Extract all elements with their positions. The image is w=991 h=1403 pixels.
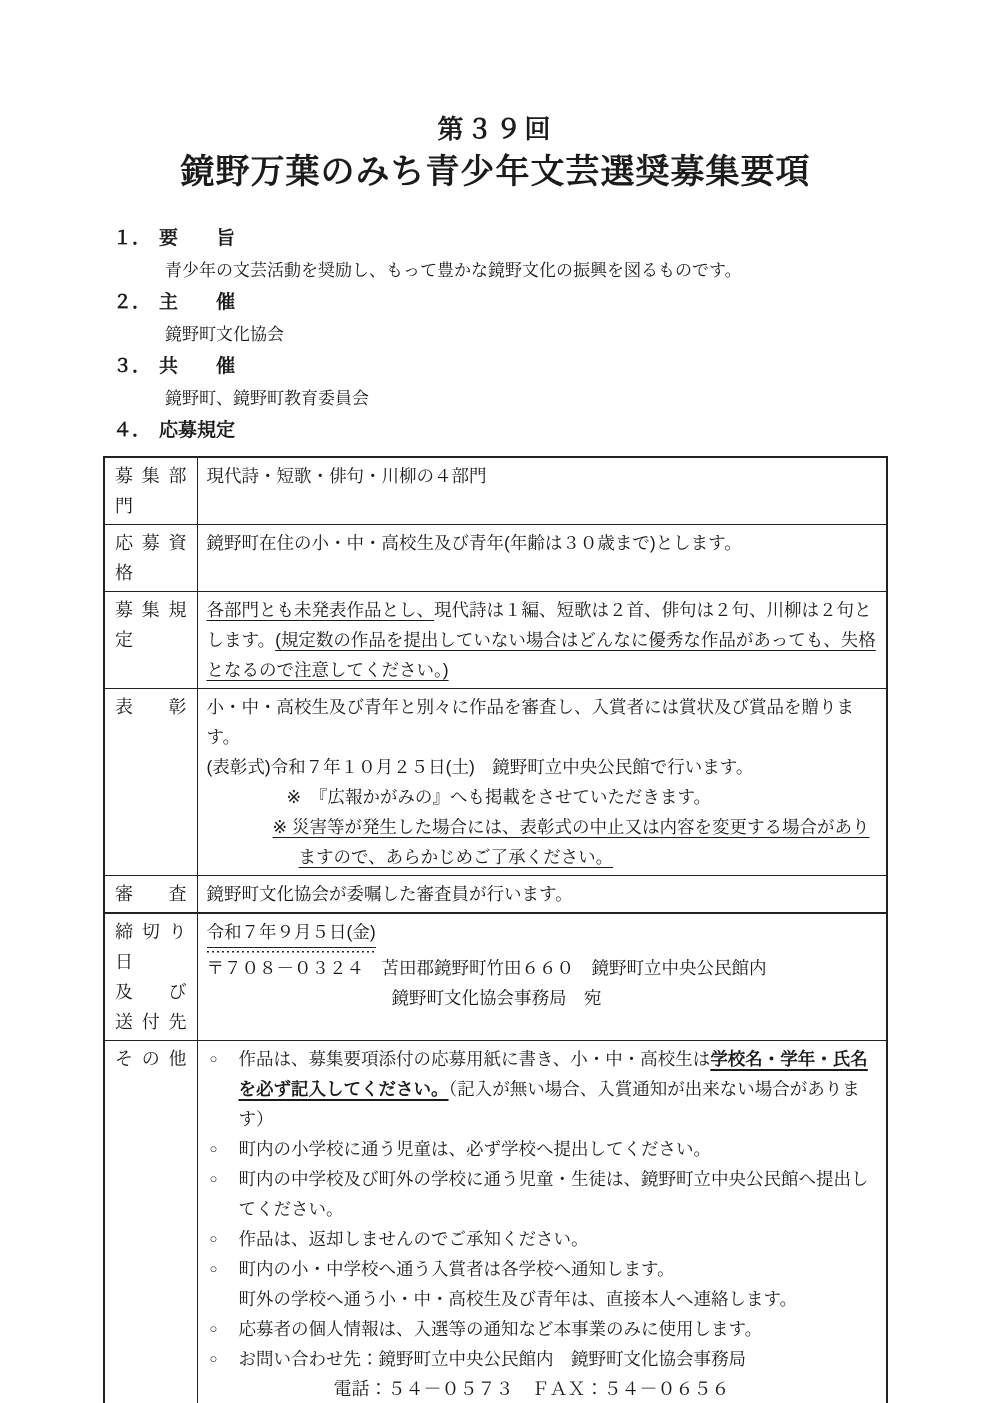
section-body: 青少年の文芸活動を奨励し、もって豊かな鏡野文化の振興を図るものです。 — [165, 255, 888, 287]
item-text: 町内の小学校に通う児童は、必ず学校へ提出してください。 — [239, 1134, 879, 1164]
document-title: 鏡野万葉のみち青少年文芸選奨募集要項 — [103, 149, 888, 195]
row-label-category: 募集部門 — [104, 457, 197, 525]
category-text: 現代詩・短歌・俳句・川柳の４部門 — [207, 466, 487, 486]
list-item-entry-form: ○ 作品は、募集要項添付の応募用紙に書き、小・中・高校生は学校名・学年・氏名を必… — [207, 1044, 879, 1134]
row-label-deadline-3: 送付先 — [115, 1007, 187, 1037]
item-text: 作品は、返却しませんのでご承知ください。 — [239, 1224, 879, 1254]
section-heading-text: 共 催 — [159, 356, 235, 377]
contact-text: お問い合わせ先：鏡野町立中央公民館内 鏡野町文化協会事務局 — [239, 1344, 879, 1374]
section-number: １． — [113, 228, 151, 249]
row-label-awards: 表彰 — [104, 689, 197, 876]
deadline-date: 令和７年９月５日(金) — [207, 917, 376, 953]
table-row-eligibility: 応募資格 鏡野町在住の小・中・高校生及び青年(年齢は３０歳まで)とします。 — [104, 525, 887, 592]
section-organizer: ２．主 催 鏡野町文化協会 — [113, 287, 888, 351]
list-item-junior-high: ○ 町内の中学校及び町外の学校に通う児童・生徒は、鏡野町立中央公民館へ提出してく… — [207, 1164, 879, 1224]
section-purpose: １．要 旨 青少年の文芸活動を奨励し、もって豊かな鏡野文化の振興を図るものです。 — [113, 223, 888, 287]
section-heading: ２．主 催 — [113, 287, 888, 319]
bullet-circle-marker: ○ — [207, 1254, 239, 1284]
row-label-eligibility: 応募資格 — [104, 525, 197, 592]
table-row-rules: 募集規定 各部門とも未発表作品とし、現代詩は１編、短歌は２首、俳句は２句、川柳は… — [104, 592, 887, 689]
document-page: 第３９回 鏡野万葉のみち青少年文芸選奨募集要項 １．要 旨 青少年の文芸活動を奨… — [0, 0, 991, 1403]
list-item-notification: ○ 町内の小・中学校へ通う入賞者は各学校へ通知します。 町外の学校へ通う小・中・… — [207, 1254, 879, 1314]
mailing-addressee: 鏡野町文化協会事務局 宛 — [207, 983, 879, 1013]
section-heading: ３．共 催 — [113, 351, 888, 383]
row-label-rules: 募集規定 — [104, 592, 197, 689]
list-item-personal-info: ○ 応募者の個人情報は、入選等の通知など本事業のみに使用します。 — [207, 1314, 879, 1344]
bullet-circle-marker: ○ — [207, 1164, 239, 1194]
rules-underlined-1: 各部門とも未発表作品とし、 — [207, 600, 435, 620]
section-number: ３． — [113, 356, 151, 377]
section-heading: １．要 旨 — [113, 223, 888, 255]
item-text: 町内の中学校及び町外の学校に通う児童・生徒は、鏡野町立中央公民館へ提出してくださ… — [239, 1164, 879, 1224]
item-text: 町内の小・中学校へ通う入賞者は各学校へ通知します。 — [239, 1254, 879, 1284]
document-round: 第３９回 — [103, 112, 888, 146]
section-application-rules: ４．応募規定 — [113, 415, 888, 447]
bullet-circle-marker: ○ — [207, 1134, 239, 1164]
rules-underlined-2: (規定数の作品を提出していない場合はどんなに優秀な作品があっても、失格となるので… — [207, 630, 876, 680]
item-text: 応募者の個人情報は、入選等の通知など本事業のみに使用します。 — [239, 1314, 879, 1344]
row-label-deadline-1: 締切り日 — [115, 917, 187, 977]
bullet-circle-marker: ○ — [207, 1314, 239, 1344]
awards-text: 小・中・高校生及び青年と別々に作品を審査し、入賞者には賞状及び賞品を贈ります。 — [207, 692, 879, 752]
contact-phone-fax: 電話：５４－０５７３ ＦＡＸ：５４－０６５６ — [239, 1374, 879, 1403]
row-label-other: その他 — [104, 1041, 197, 1403]
section-list: １．要 旨 青少年の文芸活動を奨励し、もって豊かな鏡野文化の振興を図るものです。… — [113, 223, 888, 447]
table-row-category: 募集部門 現代詩・短歌・俳句・川柳の４部門 — [104, 457, 887, 525]
section-number: ２． — [113, 292, 151, 313]
list-item-no-return: ○ 作品は、返却しませんのでご承知ください。 — [207, 1224, 879, 1254]
list-item-elementary: ○ 町内の小学校に通う児童は、必ず学校へ提出してください。 — [207, 1134, 879, 1164]
section-heading-text: 主 催 — [159, 292, 235, 313]
guidelines-table: 募集部門 現代詩・短歌・俳句・川柳の４部門 応募資格 鏡野町在住の小・中・高校生… — [103, 456, 888, 1403]
eligibility-text: 鏡野町在住の小・中・高校生及び青年(年齢は３０歳まで)とします。 — [207, 533, 742, 553]
row-label-deadline-2: 及び — [115, 977, 187, 1007]
awards-note-publication: ※ 『広報かがみの』へも掲載をさせていただきます。 — [207, 782, 879, 812]
awards-ceremony-date: (表彰式)令和７年１０月２５日(土) 鏡野町立中央公民館で行います。 — [207, 752, 879, 782]
section-cosponsor: ３．共 催 鏡野町、鏡野町教育委員会 — [113, 351, 888, 415]
judging-text: 鏡野町文化協会が委嘱した審査員が行います。 — [207, 884, 573, 904]
list-item-contact: ○ お問い合わせ先：鏡野町立中央公民館内 鏡野町文化協会事務局 電話：５４－０５… — [207, 1344, 879, 1403]
section-body: 鏡野町、鏡野町教育委員会 — [165, 383, 888, 415]
item-sub-text: 町外の学校へ通う小・中・高校生及び青年は、直接本人へ連絡します。 — [239, 1284, 879, 1314]
table-row-judging: 審査 鏡野町文化協会が委嘱した審査員が行います。 — [104, 876, 887, 914]
item-text: 作品は、募集要項添付の応募用紙に書き、小・中・高校生は — [239, 1049, 711, 1069]
section-body: 鏡野町文化協会 — [165, 319, 888, 351]
table-row-other: その他 ○ 作品は、募集要項添付の応募用紙に書き、小・中・高校生は学校名・学年・… — [104, 1041, 887, 1403]
awards-note-disaster: ※ 災害等が発生した場合には、表彰式の中止又は内容を変更する場合がありますので、… — [207, 812, 879, 872]
table-row-deadline: 締切り日 及び 送付先 令和７年９月５日(金) 〒７０８－０３２４ 苫田郡鏡野町… — [104, 913, 887, 1041]
section-number: ４． — [113, 420, 151, 441]
section-heading-text: 要 旨 — [159, 228, 235, 249]
table-row-awards: 表彰 小・中・高校生及び青年と別々に作品を審査し、入賞者には賞状及び賞品を贈りま… — [104, 689, 887, 876]
bullet-circle-marker: ○ — [207, 1344, 239, 1374]
mailing-address: 〒７０８－０３２４ 苫田郡鏡野町竹田６６０ 鏡野町立中央公民館内 — [207, 953, 879, 983]
section-heading-text: 応募規定 — [159, 420, 235, 441]
row-label-judging: 審査 — [104, 876, 197, 914]
section-heading: ４．応募規定 — [113, 415, 888, 447]
bullet-circle-marker: ○ — [207, 1224, 239, 1254]
bullet-circle-marker: ○ — [207, 1044, 239, 1074]
